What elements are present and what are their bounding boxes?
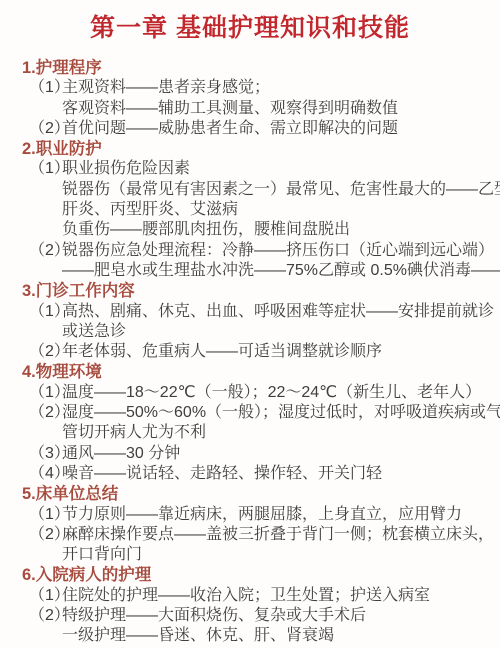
item-text: 肝炎、丙型肝炎、艾滋病 [62,201,238,218]
list-item-wrap: 管切开病人尤为不利 [0,423,496,443]
item-number: （2） [29,342,70,362]
list-item: （1）主观资料——患者亲身感觉； [0,78,496,98]
section-heading-5: 5.床单位总结 [22,484,496,504]
section-heading-3: 3.门诊工作内容 [22,281,496,301]
item-number: （3） [29,444,70,464]
list-item-wrap: 开口背向门 [0,545,496,565]
list-item: （2）麻醉床操作要点——盖被三折叠于背门一侧；枕套横立床头， [0,525,496,545]
item-text: 温度——18～22℃（一般）；22～24℃（新生儿、老年人） [62,384,481,401]
item-text: 负重伤——腰部肌肉扭伤，腰椎间盘脱出 [62,221,350,238]
item-text: 麻醉床操作要点——盖被三折叠于背门一侧；枕套横立床头， [62,526,494,543]
list-item-wrap: 或送急诊 [0,322,496,342]
document-body: 1.护理程序（1）主观资料——患者亲身感觉；客观资料——辅助工具测量、观察得到明… [0,58,500,647]
item-text: 锐器伤应急处理流程：冷静——挤压伤口（近心端到远心端） [62,242,494,259]
list-item: （2）湿度——50%～60%（一般）；湿度过低时，对呼吸道疾病或气 [0,403,496,423]
list-item-wrap: 肝炎、丙型肝炎、艾滋病 [0,200,496,220]
item-number: （1） [29,302,70,322]
list-item-wrap: ——肥皂水或生理盐水冲洗——75%乙醇或 0.5%碘伏消毒——包扎 [0,261,496,281]
item-number: （2） [29,241,70,261]
item-text: 特级护理——大面积烧伤、复杂或大手术后 [62,607,366,624]
section-heading-4: 4.物理环境 [22,362,496,382]
item-number: （4） [29,464,70,484]
list-item: （1）职业损伤危险因素 [0,159,496,179]
item-text: 年老体弱、危重病人——可适当调整就诊顺序 [62,343,382,360]
list-item-wrap: 负重伤——腰部肌肉扭伤，腰椎间盘脱出 [0,220,496,240]
list-item: （1）节力原则——靠近病床，两腿屈膝，上身直立，应用臂力 [0,505,496,525]
item-text: 或送急诊 [62,323,126,340]
item-text: 客观资料——辅助工具测量、观察得到明确数值 [62,100,398,117]
list-item: （2）首优问题——威胁患者生命、需立即解决的问题 [0,119,496,139]
item-text: 开口背向门 [62,546,142,563]
list-item-wrap: 客观资料——辅助工具测量、观察得到明确数值 [0,99,496,119]
item-number: （1） [29,586,70,606]
item-number: （2） [29,525,70,545]
item-number: （1） [29,78,70,98]
item-number: （2） [29,403,70,423]
item-text: 锐器伤（最常见有害因素之一）最常见、危害性最大的——乙型 [62,181,500,198]
item-number: （1） [29,505,70,525]
list-item-wrap: 锐器伤（最常见有害因素之一）最常见、危害性最大的——乙型 [0,180,496,200]
section-heading-2: 2.职业防护 [22,139,496,159]
list-item: （4）噪音——说话轻、走路轻、操作轻、开关门轻 [0,464,496,484]
list-item: （3）通风——30 分钟 [0,444,496,464]
item-text: ——肥皂水或生理盐水冲洗——75%乙醇或 0.5%碘伏消毒——包扎 [62,262,500,279]
item-text: 湿度——50%～60%（一般）；湿度过低时，对呼吸道疾病或气 [62,404,500,421]
item-number: （2） [29,606,70,626]
item-text: 首优问题——威胁患者生命、需立即解决的问题 [62,120,398,137]
list-item: （1）高热、剧痛、休克、出血、呼吸困难等症状——安排提前就诊 [0,302,496,322]
page-title: 第一章 基础护理知识和技能 [0,13,500,43]
list-item: （1）温度——18～22℃（一般）；22～24℃（新生儿、老年人） [0,383,496,403]
item-text: 通风——30 分钟 [62,445,180,462]
item-text: 管切开病人尤为不利 [62,424,206,441]
list-item: （2）特级护理——大面积烧伤、复杂或大手术后 [0,606,496,626]
item-text: 主观资料——患者亲身感觉； [62,79,270,96]
item-text: 高热、剧痛、休克、出血、呼吸困难等症状——安排提前就诊 [62,303,494,320]
item-text: 噪音——说话轻、走路轻、操作轻、开关门轻 [62,465,382,482]
list-item-wrap: 一级护理——昏迷、休克、肝、肾衰竭 [0,626,496,646]
item-text: 节力原则——靠近病床，两腿屈膝，上身直立，应用臂力 [62,506,462,523]
section-heading-1: 1.护理程序 [22,58,496,78]
item-number: （2） [29,119,70,139]
section-heading-6: 6.入院病人的护理 [22,565,496,585]
item-text: 住院处的护理——收治入院；卫生处置；护送入病室 [62,587,430,604]
item-text: 职业损伤危险因素 [62,160,190,177]
item-number: （1） [29,159,70,179]
list-item: （1）住院处的护理——收治入院；卫生处置；护送入病室 [0,586,496,606]
list-item: （2）年老体弱、危重病人——可适当调整就诊顺序 [0,342,496,362]
list-item: （2）锐器伤应急处理流程：冷静——挤压伤口（近心端到远心端） [0,241,496,261]
item-number: （1） [29,383,70,403]
item-text: 一级护理——昏迷、休克、肝、肾衰竭 [62,627,334,644]
